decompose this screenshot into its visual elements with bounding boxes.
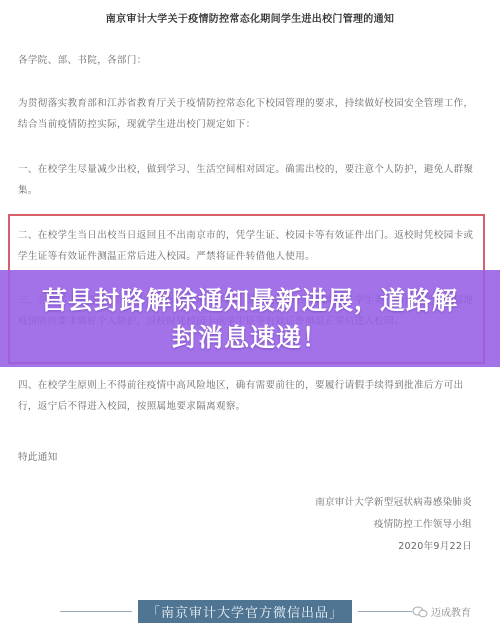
footer-label: 「南京审计大学官方微信出品」: [138, 600, 352, 623]
headline-text: 莒县封路解除通知最新进展，道路解封消息速递！: [30, 282, 470, 356]
headline-banner: 莒县封路解除通知最新进展，道路解封消息速递！: [0, 270, 500, 367]
section-two: 二、在校学生当日出校当日返回且不出南京市的，凭学生证、校园卡等有效证件出门。返校…: [18, 225, 482, 267]
footer-divider-left: [60, 611, 132, 612]
salutation: 各学院、部、书院，各部门：: [18, 50, 482, 71]
footer-divider-right: [358, 611, 412, 612]
closing: 特此通知: [18, 447, 482, 468]
document-title: 南京审计大学关于疫情防控常态化期间学生进出校门管理的通知: [0, 10, 500, 25]
wechat-icon: [412, 606, 428, 618]
watermark-text: 迈成教育: [431, 604, 471, 619]
section-one: 一、在校学生尽量减少出校，做到学习、生活空间相对固定。确需出校的，要注意个人防护…: [18, 159, 482, 201]
signature-org-line1: 南京审计大学新型冠状病毒感染肺炎: [315, 494, 472, 508]
watermark: 迈成教育: [412, 604, 471, 619]
signature-org-line2: 疫情防控工作领导小组: [374, 516, 472, 530]
section-four: 四、在校学生原则上不得前往疫情中高风险地区，确有需要前往的，要履行请假手续得到批…: [18, 375, 482, 417]
signature-date: 2020年9月22日: [398, 538, 472, 552]
intro-paragraph: 为贯彻落实教育部和江苏省教育厅关于疫情防控常态化下校园管理的要求，持续做好校园安…: [18, 93, 482, 135]
